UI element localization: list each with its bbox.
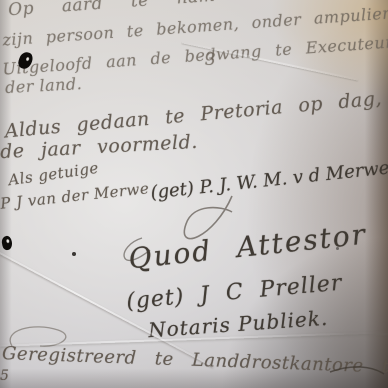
ink-speck bbox=[72, 252, 76, 256]
ink-speck bbox=[336, 247, 339, 250]
pen-flourish-strokes bbox=[0, 0, 388, 388]
document-photo: Op aard te nam zijn persoon te bekomen, … bbox=[0, 0, 388, 388]
